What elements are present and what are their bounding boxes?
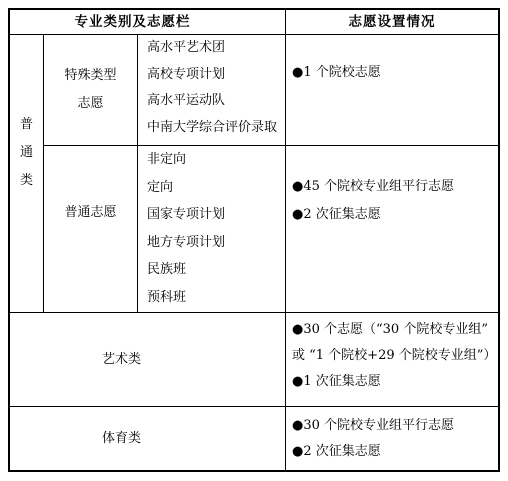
setting-item: ●2 次征集志愿 xyxy=(292,439,498,465)
list-item: 地方专项计划 xyxy=(147,229,285,257)
list-item: 高校专项计划 xyxy=(147,62,285,89)
list-item: 高水平艺术团 xyxy=(147,35,285,62)
category-label-line: 志愿 xyxy=(77,90,103,118)
sports-settings: ●30 个院校专业组平行志愿 ●2 次征集志愿 xyxy=(286,407,498,470)
category-label: 艺术类 xyxy=(102,347,141,373)
category-label: 体育类 xyxy=(102,426,141,452)
list-item: 国家专项计划 xyxy=(147,201,285,229)
list-item: 民族班 xyxy=(147,256,285,284)
general-volunteer-items: 非定向 定向 国家专项计划 地方专项计划 民族班 预科班 xyxy=(138,146,286,313)
setting-item: ●1 个院校志愿 xyxy=(292,60,498,87)
general-volunteer-settings: ●45 个院校专业组平行志愿 ●2 次征集志愿 xyxy=(286,146,498,313)
setting-item: ●1 次征集志愿 xyxy=(292,369,494,395)
group-char: 普 xyxy=(20,111,33,139)
list-item: 高水平运动队 xyxy=(147,88,285,115)
list-item: 预科班 xyxy=(147,284,285,312)
header-settings-column: 志愿设置情况 xyxy=(286,10,498,35)
volunteer-settings-table: 专业类别及志愿栏 志愿设置情况 普 通 类 特殊类型 志愿 高水平艺术团 高校专… xyxy=(8,8,500,472)
category-sports: 体育类 xyxy=(10,407,286,470)
group-char: 类 xyxy=(20,167,33,195)
category-label: 普通志愿 xyxy=(64,200,116,226)
document-page: 专业类别及志愿栏 志愿设置情况 普 通 类 特殊类型 志愿 高水平艺术团 高校专… xyxy=(0,0,508,481)
group-char: 通 xyxy=(20,139,33,167)
header-category-column: 专业类别及志愿栏 xyxy=(10,10,286,35)
category-label-line: 特殊类型 xyxy=(64,62,116,90)
category-special-type-volunteer: 特殊类型 志愿 xyxy=(44,35,138,146)
setting-item: ●2 次征集志愿 xyxy=(292,201,498,229)
list-item: 中南大学综合评价录取 xyxy=(147,115,285,142)
list-item: 非定向 xyxy=(147,146,285,174)
setting-item: ●30 个志愿（“30 个院校专业组” xyxy=(292,317,494,343)
setting-item: ●45 个院校专业组平行志愿 xyxy=(292,173,498,201)
special-type-items: 高水平艺术团 高校专项计划 高水平运动队 中南大学综合评价录取 xyxy=(138,35,286,146)
list-item: 定向 xyxy=(147,174,285,202)
category-art: 艺术类 xyxy=(10,313,286,407)
special-type-settings: ●1 个院校志愿 xyxy=(286,35,498,146)
art-settings: ●30 个志愿（“30 个院校专业组” 或 “1 个院校+29 个院校专业组”）… xyxy=(286,313,498,407)
setting-item: 或 “1 个院校+29 个院校专业组”） xyxy=(292,343,494,369)
category-general-volunteer: 普通志愿 xyxy=(44,146,138,313)
setting-item: ●30 个院校专业组平行志愿 xyxy=(292,413,498,439)
group-label-general-category: 普 通 类 xyxy=(10,35,44,313)
